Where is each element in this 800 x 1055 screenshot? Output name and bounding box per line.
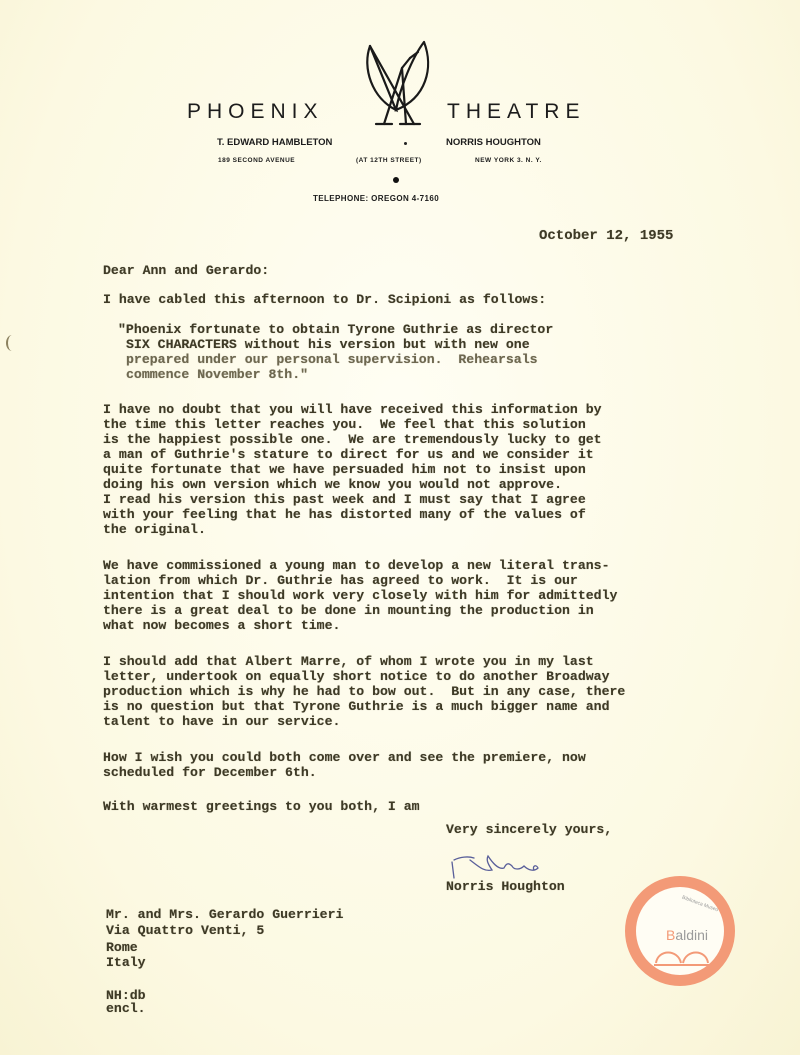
signer-name: Norris Houghton (446, 879, 565, 894)
letter-date: October 12, 1955 (539, 229, 673, 244)
letterhead-address-street: 189 SECOND AVENUE (218, 157, 295, 164)
closing-line: With warmest greetings to you both, I am (103, 799, 420, 814)
valediction: Very sincerely yours, (446, 822, 612, 837)
open-book-icon (654, 945, 710, 967)
phoenix-bird-icon (362, 38, 432, 130)
intro-line: I have cabled this afternoon to Dr. Scip… (103, 292, 546, 307)
letterhead-telephone: TELEPHONE: OREGON 4-7160 (313, 194, 439, 203)
stamp-small-text: Biblioteca Museo (681, 895, 719, 914)
enclosure-note: encl. (106, 1001, 146, 1016)
letterhead-name-right: NORRIS HOUGHTON (446, 137, 541, 148)
letterhead-title-left: PHOENIX (187, 100, 324, 124)
punch-hole-mark (6, 335, 18, 351)
handwritten-signature (448, 848, 558, 882)
letterhead-address-cross: (AT 12TH STREET) (356, 157, 422, 164)
letterhead-address-city: NEW YORK 3. N. Y. (475, 157, 542, 164)
baldini-library-stamp: Biblioteca Museo Baldini (625, 876, 735, 986)
letterhead-separator-dot (404, 142, 407, 145)
salutation: Dear Ann and Gerardo: (103, 263, 269, 278)
stamp-label: Baldini (666, 927, 708, 943)
letter-page: PHOENIX THEATRE T. EDWARD HAMBLETON NORR… (0, 0, 800, 1055)
letterhead-bullet (393, 177, 399, 183)
letterhead-name-left: T. EDWARD HAMBLETON (217, 137, 332, 148)
letterhead-title-right: THEATRE (447, 100, 585, 124)
